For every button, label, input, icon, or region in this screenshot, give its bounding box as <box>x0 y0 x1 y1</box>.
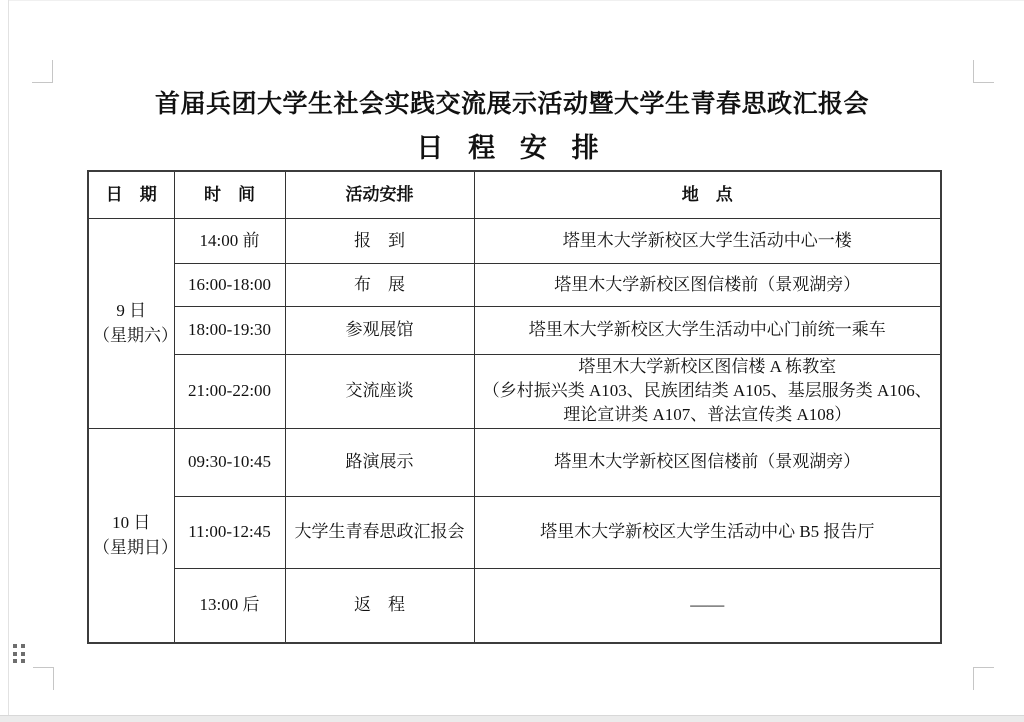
date-cell-day10: 10 日 （星期日） <box>88 428 174 643</box>
activity-cell: 路演展示 <box>285 428 474 496</box>
header-activity: 活动安排 <box>285 171 474 218</box>
location-cell: 塔里木大学新校区图信楼前（景观湖旁） <box>474 263 941 306</box>
header-location: 地 点 <box>474 171 941 218</box>
activity-cell: 参观展馆 <box>285 306 474 354</box>
page-top-edge <box>8 0 1024 1</box>
drag-handle-dots-icon[interactable] <box>13 644 25 663</box>
location-cell: 塔里木大学新校区图信楼前（景观湖旁） <box>474 428 941 496</box>
location-cell: 塔里木大学新校区大学生活动中心一楼 <box>474 218 941 263</box>
table-row: 9 日 （星期六） 14:00 前 报 到 塔里木大学新校区大学生活动中心一楼 <box>88 218 941 263</box>
time-cell: 14:00 前 <box>174 218 285 263</box>
date-line: （星期日） <box>93 535 170 560</box>
crop-mark-top-left-icon <box>32 60 53 83</box>
page-bottom-edge <box>0 715 1024 722</box>
location-cell: 塔里木大学新校区图信楼 A 栋教室 （乡村振兴类 A103、民族团结类 A105… <box>474 354 941 428</box>
document-page: 首届兵团大学生社会实践交流展示活动暨大学生青春思政汇报会 日 程 安 排 日 期… <box>0 0 1024 722</box>
location-line: 塔里木大学新校区图信楼 A 栋教室 <box>479 355 937 379</box>
date-cell-day9: 9 日 （星期六） <box>88 218 174 428</box>
activity-cell: 报 到 <box>285 218 474 263</box>
document-subtitle: 日 程 安 排 <box>0 126 1024 165</box>
crop-mark-bottom-left-icon <box>33 667 54 690</box>
table-row: 16:00-18:00 布 展 塔里木大学新校区图信楼前（景观湖旁） <box>88 263 941 306</box>
activity-cell: 交流座谈 <box>285 354 474 428</box>
header-date: 日 期 <box>88 171 174 218</box>
date-line: 10 日 <box>93 510 170 535</box>
location-line: 塔里木大学新校区大学生活动中心门前统一乘车 <box>479 318 937 342</box>
header-time: 时 间 <box>174 171 285 218</box>
location-line: 塔里木大学新校区图信楼前（景观湖旁） <box>479 273 937 297</box>
table-row: 18:00-19:30 参观展馆 塔里木大学新校区大学生活动中心门前统一乘车 <box>88 306 941 354</box>
time-cell: 16:00-18:00 <box>174 263 285 306</box>
table-row: 11:00-12:45 大学生青春思政汇报会 塔里木大学新校区大学生活动中心 B… <box>88 496 941 568</box>
location-line: —— <box>479 593 937 617</box>
table-row: 21:00-22:00 交流座谈 塔里木大学新校区图信楼 A 栋教室 （乡村振兴… <box>88 354 941 428</box>
location-line: 塔里木大学新校区图信楼前（景观湖旁） <box>479 450 937 474</box>
table-row: 10 日 （星期日） 09:30-10:45 路演展示 塔里木大学新校区图信楼前… <box>88 428 941 496</box>
time-cell: 11:00-12:45 <box>174 496 285 568</box>
activity-cell: 返 程 <box>285 568 474 643</box>
time-cell: 09:30-10:45 <box>174 428 285 496</box>
activity-cell: 大学生青春思政汇报会 <box>285 496 474 568</box>
date-line: 9 日 <box>93 298 170 323</box>
location-line: 塔里木大学新校区大学生活动中心一楼 <box>479 229 937 253</box>
time-cell: 21:00-22:00 <box>174 354 285 428</box>
crop-mark-top-right-icon <box>973 60 994 83</box>
location-line: （乡村振兴类 A103、民族团结类 A105、基层服务类 A106、 <box>479 379 937 403</box>
location-cell: 塔里木大学新校区大学生活动中心 B5 报告厅 <box>474 496 941 568</box>
location-cell: —— <box>474 568 941 643</box>
document-title: 首届兵团大学生社会实践交流展示活动暨大学生青春思政汇报会 <box>0 84 1024 120</box>
time-cell: 18:00-19:30 <box>174 306 285 354</box>
schedule-table: 日 期 时 间 活动安排 地 点 9 日 （星期六） 14:00 前 报 到 塔… <box>87 170 942 644</box>
location-cell: 塔里木大学新校区大学生活动中心门前统一乘车 <box>474 306 941 354</box>
crop-mark-bottom-right-icon <box>973 667 994 690</box>
table-header-row: 日 期 时 间 活动安排 地 点 <box>88 171 941 218</box>
activity-cell: 布 展 <box>285 263 474 306</box>
date-line: （星期六） <box>93 323 170 348</box>
location-line: 塔里木大学新校区大学生活动中心 B5 报告厅 <box>479 520 937 544</box>
location-line: 理论宣讲类 A107、普法宣传类 A108） <box>479 403 937 427</box>
table-row: 13:00 后 返 程 —— <box>88 568 941 643</box>
time-cell: 13:00 后 <box>174 568 285 643</box>
